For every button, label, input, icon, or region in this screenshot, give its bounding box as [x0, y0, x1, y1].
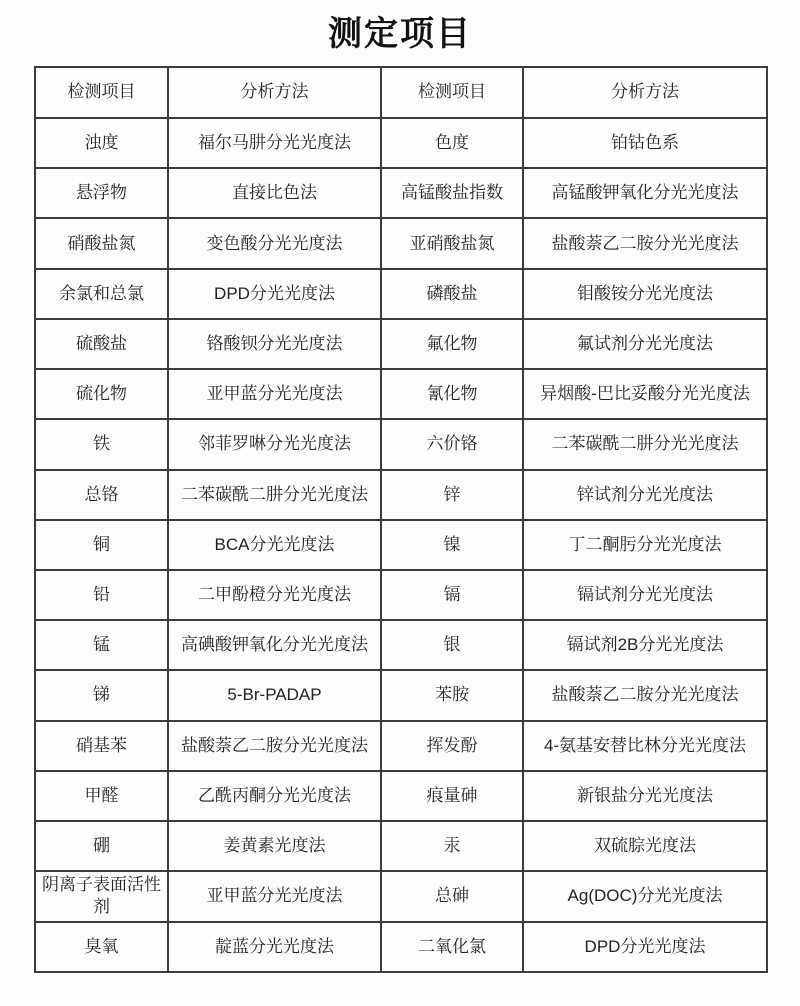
method-cell-left: BCA分光光度法 — [168, 520, 381, 570]
item-cell-left: 浊度 — [35, 118, 168, 168]
item-cell-right: 挥发酚 — [381, 721, 523, 771]
table-row: 硫酸盐铬酸钡分光光度法氟化物氟试剂分光光度法 — [35, 319, 767, 369]
item-cell-left: 锑 — [35, 670, 168, 720]
table-row: 硝基苯盐酸萘乙二胺分光光度法挥发酚4-氨基安替比林分光光度法 — [35, 721, 767, 771]
item-cell-left: 铜 — [35, 520, 168, 570]
table-row: 余氯和总氯DPD分光光度法磷酸盐钼酸铵分光光度法 — [35, 269, 767, 319]
method-cell-left: 姜黄素光度法 — [168, 821, 381, 871]
method-cell-right: 铂钴色系 — [523, 118, 767, 168]
method-cell-left: 亚甲蓝分光光度法 — [168, 369, 381, 419]
item-cell-right: 痕量砷 — [381, 771, 523, 821]
table-row: 臭氧靛蓝分光光度法二氧化氯DPD分光光度法 — [35, 922, 767, 972]
table-row: 甲醛乙酰丙酮分光光度法痕量砷新银盐分光光度法 — [35, 771, 767, 821]
method-cell-right: 镉试剂2B分光光度法 — [523, 620, 767, 670]
table-row: 悬浮物直接比色法高锰酸盐指数高锰酸钾氧化分光光度法 — [35, 168, 767, 218]
measurement-items-table: 检测项目 分析方法 检测项目 分析方法 浊度福尔马肼分光光度法色度铂钴色系悬浮物… — [34, 66, 768, 973]
item-cell-left: 硝基苯 — [35, 721, 168, 771]
header-test-item-right: 检测项目 — [381, 67, 523, 118]
method-cell-left: 二甲酚橙分光光度法 — [168, 570, 381, 620]
method-cell-right: 镉试剂分光光度法 — [523, 570, 767, 620]
method-cell-right: 4-氨基安替比林分光光度法 — [523, 721, 767, 771]
table-row: 硼姜黄素光度法汞双硫腙光度法 — [35, 821, 767, 871]
table-row: 浊度福尔马肼分光光度法色度铂钴色系 — [35, 118, 767, 168]
method-cell-right: 二苯碳酰二肼分光光度法 — [523, 419, 767, 469]
table-row: 锑5-Br-PADAP苯胺盐酸萘乙二胺分光光度法 — [35, 670, 767, 720]
method-cell-left: 铬酸钡分光光度法 — [168, 319, 381, 369]
table-row: 阴离子表面活性剂亚甲蓝分光光度法总砷Ag(DOC)分光光度法 — [35, 871, 767, 921]
item-cell-right: 锌 — [381, 470, 523, 520]
item-cell-left: 阴离子表面活性剂 — [35, 871, 168, 921]
table-row: 铅二甲酚橙分光光度法镉镉试剂分光光度法 — [35, 570, 767, 620]
header-test-item-left: 检测项目 — [35, 67, 168, 118]
item-cell-left: 铅 — [35, 570, 168, 620]
method-cell-left: 靛蓝分光光度法 — [168, 922, 381, 972]
item-cell-right: 氟化物 — [381, 319, 523, 369]
item-cell-right: 总砷 — [381, 871, 523, 921]
method-cell-right: 丁二酮肟分光光度法 — [523, 520, 767, 570]
table-row: 铁邻菲罗啉分光光度法六价铬二苯碳酰二肼分光光度法 — [35, 419, 767, 469]
method-cell-left: 亚甲蓝分光光度法 — [168, 871, 381, 921]
item-cell-left: 硫酸盐 — [35, 319, 168, 369]
method-cell-right: 钼酸铵分光光度法 — [523, 269, 767, 319]
item-cell-right: 银 — [381, 620, 523, 670]
method-cell-left: 盐酸萘乙二胺分光光度法 — [168, 721, 381, 771]
header-analysis-method-left: 分析方法 — [168, 67, 381, 118]
table-row: 铜BCA分光光度法镍丁二酮肟分光光度法 — [35, 520, 767, 570]
method-cell-left: 5-Br-PADAP — [168, 670, 381, 720]
item-cell-right: 亚硝酸盐氮 — [381, 218, 523, 268]
item-cell-left: 余氯和总氯 — [35, 269, 168, 319]
item-cell-right: 镍 — [381, 520, 523, 570]
item-cell-left: 硼 — [35, 821, 168, 871]
method-cell-right: Ag(DOC)分光光度法 — [523, 871, 767, 921]
table-header-row: 检测项目 分析方法 检测项目 分析方法 — [35, 67, 767, 118]
item-cell-right: 二氧化氯 — [381, 922, 523, 972]
item-cell-left: 悬浮物 — [35, 168, 168, 218]
item-cell-left: 铁 — [35, 419, 168, 469]
item-cell-right: 氰化物 — [381, 369, 523, 419]
item-cell-right: 镉 — [381, 570, 523, 620]
table-body: 浊度福尔马肼分光光度法色度铂钴色系悬浮物直接比色法高锰酸盐指数高锰酸钾氧化分光光… — [35, 118, 767, 972]
item-cell-right: 磷酸盐 — [381, 269, 523, 319]
item-cell-right: 汞 — [381, 821, 523, 871]
method-cell-left: DPD分光光度法 — [168, 269, 381, 319]
item-cell-right: 色度 — [381, 118, 523, 168]
method-cell-left: 乙酰丙酮分光光度法 — [168, 771, 381, 821]
item-cell-left: 锰 — [35, 620, 168, 670]
table-row: 硝酸盐氮变色酸分光光度法亚硝酸盐氮盐酸萘乙二胺分光光度法 — [35, 218, 767, 268]
method-cell-right: 双硫腙光度法 — [523, 821, 767, 871]
method-cell-left: 直接比色法 — [168, 168, 381, 218]
method-cell-right: 氟试剂分光光度法 — [523, 319, 767, 369]
table-row: 硫化物亚甲蓝分光光度法氰化物异烟酸-巴比妥酸分光光度法 — [35, 369, 767, 419]
item-cell-left: 臭氧 — [35, 922, 168, 972]
method-cell-right: 异烟酸-巴比妥酸分光光度法 — [523, 369, 767, 419]
table-row: 锰高碘酸钾氧化分光光度法银镉试剂2B分光光度法 — [35, 620, 767, 670]
method-cell-right: 盐酸萘乙二胺分光光度法 — [523, 670, 767, 720]
item-cell-left: 硝酸盐氮 — [35, 218, 168, 268]
item-cell-left: 硫化物 — [35, 369, 168, 419]
item-cell-left: 总铬 — [35, 470, 168, 520]
page-canvas: 测定项目 检测项目 分析方法 检测项目 分析方法 浊度福尔马肼分光光度法色度铂钴… — [0, 0, 800, 1006]
header-analysis-method-right: 分析方法 — [523, 67, 767, 118]
item-cell-right: 高锰酸盐指数 — [381, 168, 523, 218]
method-cell-right: DPD分光光度法 — [523, 922, 767, 972]
item-cell-right: 苯胺 — [381, 670, 523, 720]
page-title: 测定项目 — [0, 6, 800, 55]
table-row: 总铬二苯碳酰二肼分光光度法锌锌试剂分光光度法 — [35, 470, 767, 520]
method-cell-left: 变色酸分光光度法 — [168, 218, 381, 268]
method-cell-right: 新银盐分光光度法 — [523, 771, 767, 821]
item-cell-right: 六价铬 — [381, 419, 523, 469]
method-cell-left: 福尔马肼分光光度法 — [168, 118, 381, 168]
method-cell-right: 盐酸萘乙二胺分光光度法 — [523, 218, 767, 268]
item-cell-left: 甲醛 — [35, 771, 168, 821]
method-cell-left: 高碘酸钾氧化分光光度法 — [168, 620, 381, 670]
method-cell-left: 邻菲罗啉分光光度法 — [168, 419, 381, 469]
method-cell-left: 二苯碳酰二肼分光光度法 — [168, 470, 381, 520]
method-cell-right: 锌试剂分光光度法 — [523, 470, 767, 520]
method-cell-right: 高锰酸钾氧化分光光度法 — [523, 168, 767, 218]
